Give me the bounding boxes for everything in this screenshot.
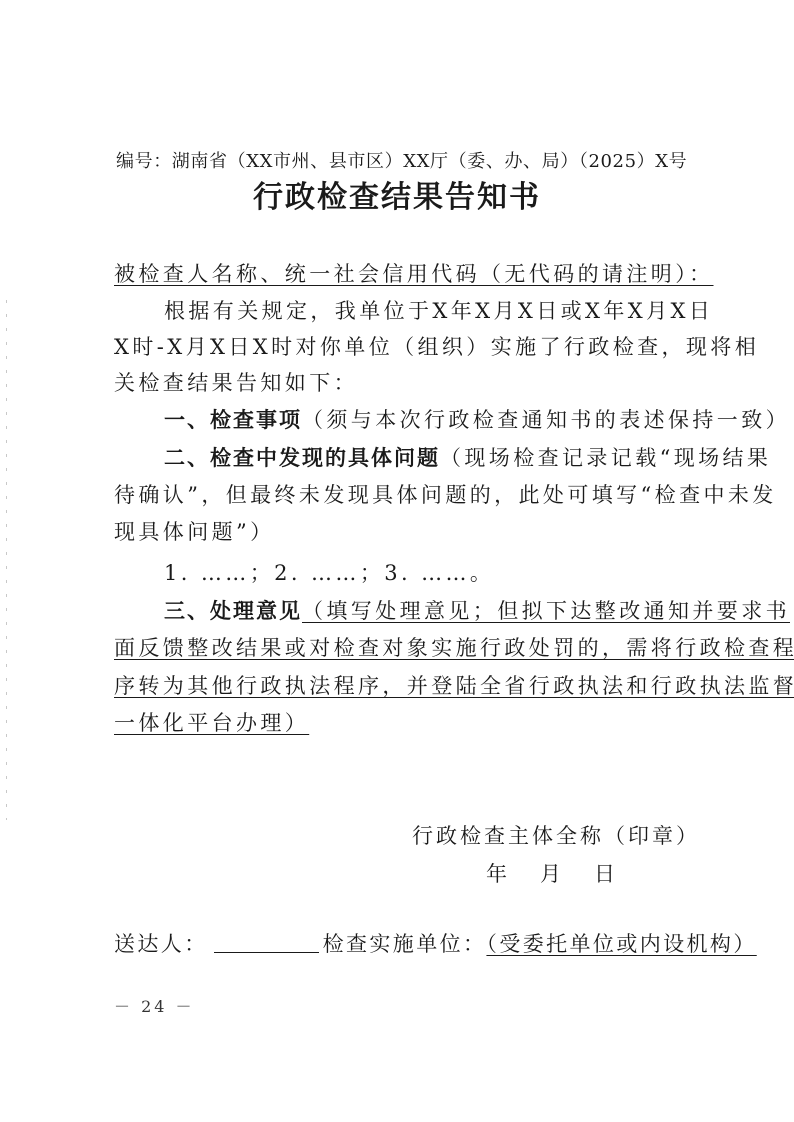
section-1-heading: 一、检查事项 <box>164 408 302 432</box>
section-3-line-2: 面反馈整改结果或对检查对象实施行政处罚的，需将行政检查程 <box>114 634 704 662</box>
section-2-note-1: （现场检查记录记载“现场结果 <box>440 446 771 470</box>
intro-line-2: X时-X月X日X时对你单位（组织）实施了行政检查，现将相 <box>114 333 704 361</box>
signature-date: 年 月 日 <box>486 858 621 888</box>
section-2-line-3: 现具体问题”） <box>114 518 704 546</box>
section-3-line-4: 一体化平台办理） <box>114 709 704 737</box>
deliverer-label: 送达人： <box>114 932 208 956</box>
section-2-line-1: 二、检查中发现的具体问题（现场检查记录记载“现场结果 <box>114 444 704 472</box>
page-title: 行政检查结果告知书 <box>0 180 794 216</box>
section-3-note-2: 面反馈整改结果或对检查对象实施行政处罚的，需将行政检查程 <box>114 636 794 660</box>
section-1-note: （须与本次行政检查通知书的表述保持一致） <box>302 408 790 432</box>
section-2-line-2: 待确认”，但最终未发现具体问题的，此处可填写“检查中未发 <box>114 481 704 509</box>
section-3-line-1: 三、处理意见（填写处理意见；但拟下达整改通知并要求书 <box>114 597 704 625</box>
binding-dotted-line <box>6 300 7 820</box>
section-2-heading: 二、检查中发现的具体问题 <box>164 446 440 470</box>
recipient-label: 被检查人名称、统一社会信用代码（无代码的请注明）： <box>114 262 714 286</box>
intro-line-3: 关检查结果告知如下： <box>114 369 704 397</box>
unit-label: 检查实施单位： <box>323 932 487 956</box>
delivery-line: 送达人：检查实施单位：（受委托单位或内设机构） <box>114 930 704 958</box>
page-number: － 24 － <box>114 994 195 1017</box>
section-1: 一、检查事项（须与本次行政检查通知书的表述保持一致） <box>114 406 704 434</box>
section-3-note-3: 序转为其他行政执法程序，并登陆全省行政执法和行政执法监督 <box>114 674 794 698</box>
recipient-label-line: 被检查人名称、统一社会信用代码（无代码的请注明）： <box>114 260 704 288</box>
intro-line-1: 根据有关规定，我单位于X年X月X日或X年X月X日 <box>114 297 704 325</box>
section-3-heading: 三、处理意见 <box>164 599 302 623</box>
section-3-line-3: 序转为其他行政执法程序，并登陆全省行政执法和行政执法监督 <box>114 672 704 700</box>
deliverer-blank-field[interactable] <box>214 932 319 953</box>
unit-value: （受委托单位或内设机构） <box>486 932 756 956</box>
signature-entity: 行政检查主体全称（印章） <box>412 820 700 850</box>
section-2-items: 1. ……；2. ……；3. ……。 <box>114 559 704 587</box>
section-3-note-4: 一体化平台办理） <box>114 711 309 735</box>
section-3-note-1: （填写处理意见；但拟下达整改通知并要求书 <box>302 599 790 623</box>
document-number: 编号：湖南省（XX市州、县市区）XX厅（委、办、局）（2025）X号 <box>116 148 706 176</box>
